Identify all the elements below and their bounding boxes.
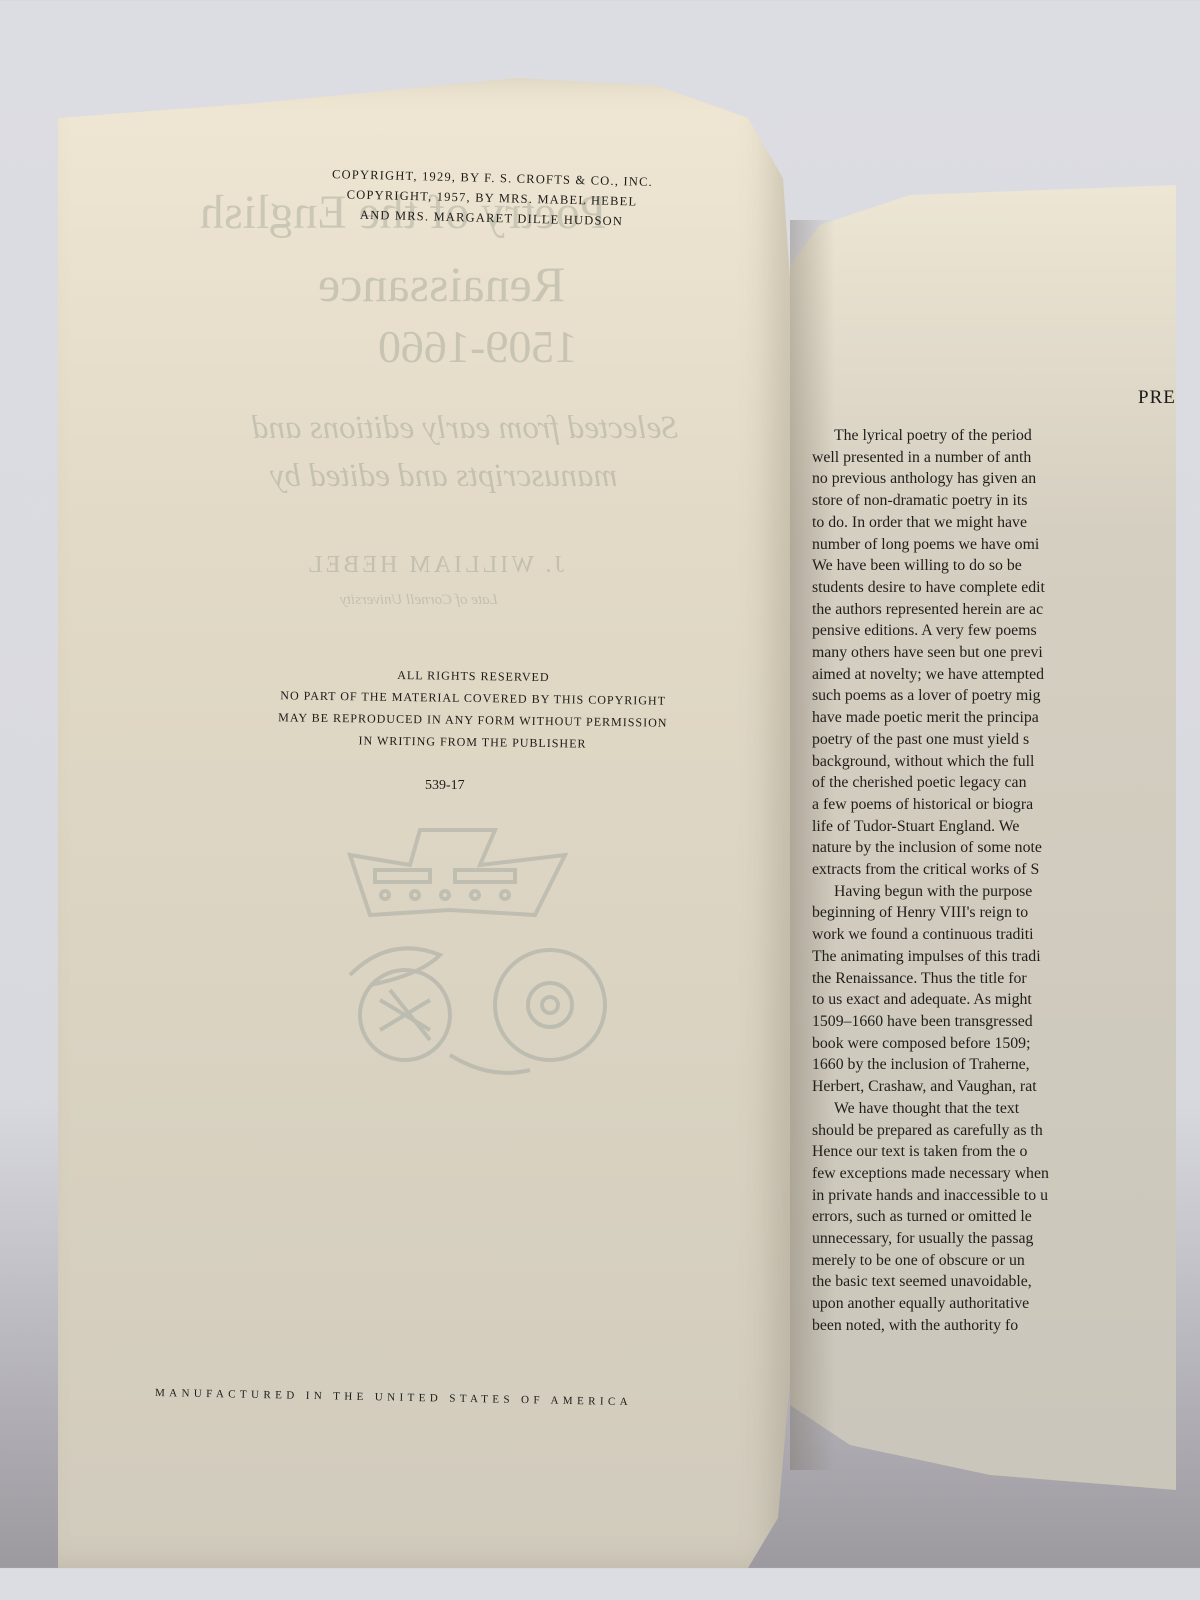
preface-line: The lyrical poetry of the period	[812, 425, 1176, 447]
preface-line: merely to be one of obscure or un	[812, 1250, 1176, 1272]
preface-line: We have thought that the text	[812, 1098, 1176, 1120]
preface-line: book were composed before 1509;	[812, 1033, 1176, 1055]
preface-line: We have been willing to do so be	[812, 555, 1176, 577]
preface-line: such poems as a lover of poetry mig	[812, 685, 1176, 707]
preface-line: should be prepared as carefully as th	[812, 1120, 1176, 1142]
preface-line: background, without which the full	[812, 751, 1176, 773]
preface-line: of the cherished poetic legacy can	[812, 772, 1176, 794]
preface-line: no previous anthology has given an	[812, 468, 1176, 490]
preface-line: upon another equally authoritative	[812, 1293, 1176, 1315]
preface-line: been noted, with the authority fo	[812, 1315, 1176, 1337]
preface-line: nature by the inclusion of some note	[812, 837, 1176, 859]
preface-line: aimed at novelty; we have attempted	[812, 664, 1176, 686]
preface-line: The animating impulses of this tradi	[812, 946, 1176, 968]
show-through-author: J. WILLIAM HEBEL	[305, 552, 564, 579]
preface-line: the authors represented herein are ac	[812, 599, 1176, 621]
preface-line: to do. In order that we might have	[812, 512, 1176, 534]
preface-line: 1509–1660 have been transgressed	[812, 1011, 1176, 1033]
rights-reserved-notice: ALL RIGHTS RESERVED NO PART OF THE MATER…	[227, 662, 718, 757]
preface-line: Herbert, Crashaw, and Vaughan, rat	[812, 1076, 1176, 1098]
preface-line: few exceptions made necessary when	[812, 1163, 1176, 1185]
preface-line: the Renaissance. Thus the title for	[812, 968, 1176, 990]
preface-line: Hence our text is taken from the o	[812, 1141, 1176, 1163]
preface-line: the basic text seemed unavoidable,	[812, 1271, 1176, 1293]
preface-line: many others have seen but one previ	[812, 642, 1176, 664]
preface-line: poetry of the past one must yield s	[812, 729, 1176, 751]
preface-heading: PREF	[1138, 387, 1176, 409]
preface-line: 1660 by the inclusion of Traherne,	[812, 1054, 1176, 1076]
show-through-subtitle-1: Selected from early editions and	[252, 410, 678, 447]
preface-line: extracts from the critical works of S	[812, 859, 1176, 881]
preface-line: students desire to have complete edit	[812, 577, 1176, 599]
preface-line: have made poetic merit the principa	[812, 707, 1176, 729]
copyright-notice: COPYRIGHT, 1929, BY F. S. CROFTS & CO., …	[281, 163, 702, 233]
preface-line: store of non-dramatic poetry in its	[812, 490, 1176, 512]
catalog-code: 539-17	[425, 778, 465, 794]
preface-line: unnecessary, for usually the passag	[812, 1228, 1176, 1250]
preface-line: in private hands and inaccessible to u	[812, 1185, 1176, 1207]
show-through-dates: 1509-1660	[378, 320, 577, 373]
preface-line: work we found a continuous traditi	[812, 924, 1176, 946]
preface-line: beginning of Henry VIII's reign to	[812, 902, 1176, 924]
preface-line: well presented in a number of anth	[812, 447, 1176, 469]
show-through-affiliation: Late of Cornell University	[340, 592, 498, 609]
preface-line: to us exact and adequate. As might	[812, 989, 1176, 1011]
preface-line: pensive editions. A very few poems	[812, 620, 1176, 642]
preface-body: The lyrical poetry of the period well pr…	[812, 425, 1176, 1337]
preface-line: life of Tudor-Stuart England. We	[812, 816, 1176, 838]
show-through-subtitle-2: manuscripts and edited by	[270, 458, 617, 495]
preface-line: errors, such as turned or omitted le	[812, 1206, 1176, 1228]
preface-line: Having begun with the purpose	[812, 881, 1176, 903]
show-through-title-2: Renaissance	[318, 255, 565, 313]
preface-line: number of long poems we have omi	[812, 534, 1176, 556]
preface-line: a few poems of historical or biogra	[812, 794, 1176, 816]
crown-thistle-rose-emblem-icon	[330, 825, 630, 1085]
